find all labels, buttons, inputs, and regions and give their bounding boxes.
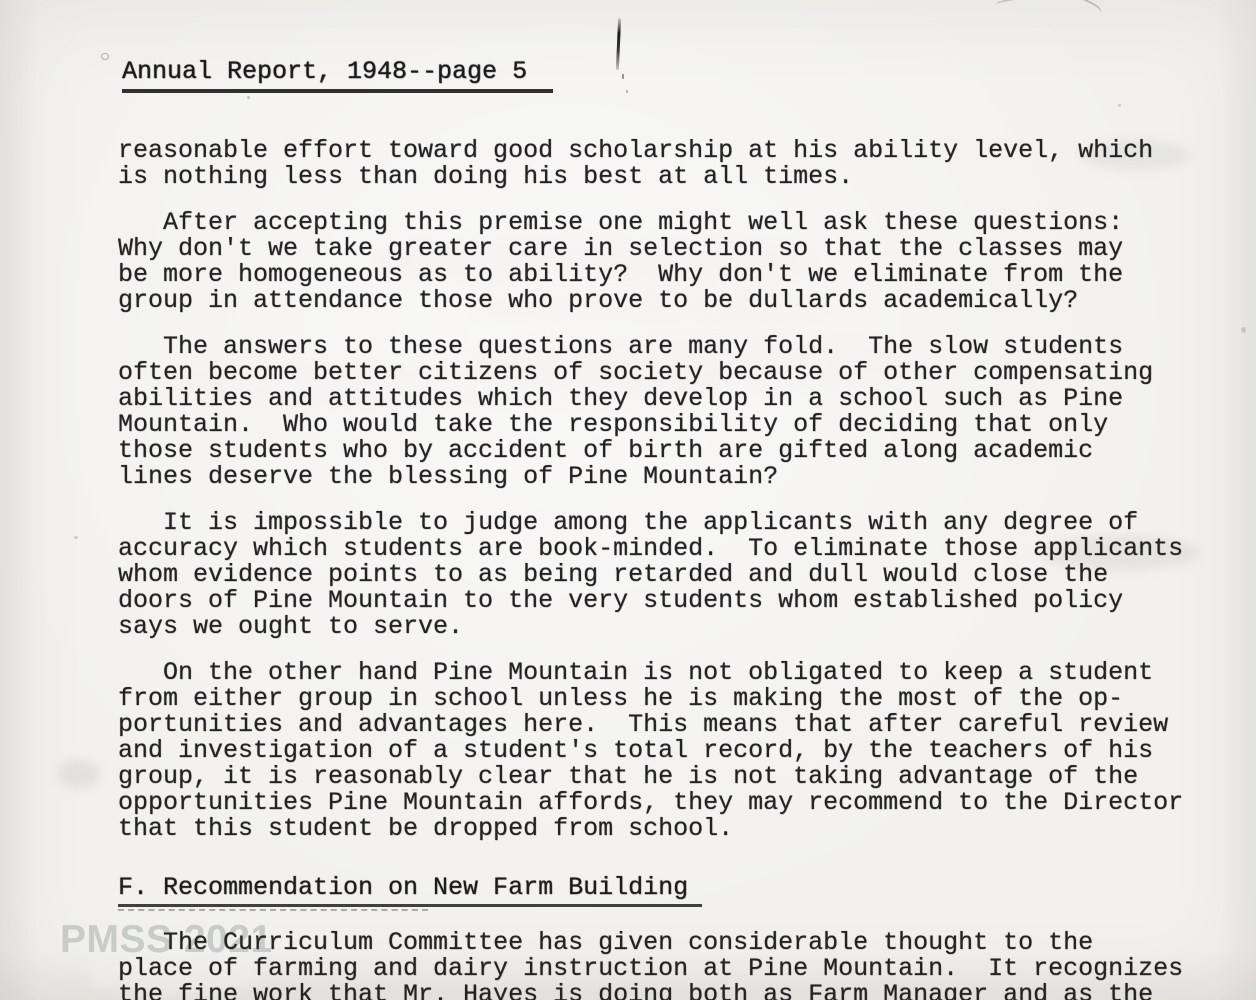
paper-speck [101, 53, 109, 60]
paper-speck [247, 96, 250, 99]
paragraph: reasonable effort toward good scholarshi… [118, 138, 1218, 190]
paragraph: The answers to these questions are many … [118, 334, 1218, 490]
heading-second-underline [118, 909, 428, 911]
scan-smudge [58, 760, 100, 788]
paragraph: It is impossible to judge among the appl… [118, 510, 1218, 640]
paper-speck [74, 536, 78, 539]
paper-tear-mark [1069, 0, 1104, 20]
paper-tear-mark [995, 0, 1058, 11]
ink-dot [622, 74, 624, 79]
paragraph: The Curriculum Committee has given consi… [118, 930, 1218, 1000]
document-body: reasonable effort toward good scholarshi… [118, 138, 1218, 862]
section-heading: F. Recommendation on New Farm Building [118, 874, 702, 907]
paper-speck [1118, 104, 1121, 107]
paper-speck [1241, 327, 1246, 333]
pen-crease-mark [616, 18, 621, 70]
scanned-document-page: PMSS 2021 Annual Report, 1948--page 5 re… [0, 0, 1256, 1000]
paragraph: After accepting this premise one might w… [118, 210, 1218, 314]
ink-dot [626, 90, 628, 93]
page-title: Annual Report, 1948--page 5 [122, 58, 553, 93]
paragraph: On the other hand Pine Mountain is not o… [118, 660, 1218, 842]
